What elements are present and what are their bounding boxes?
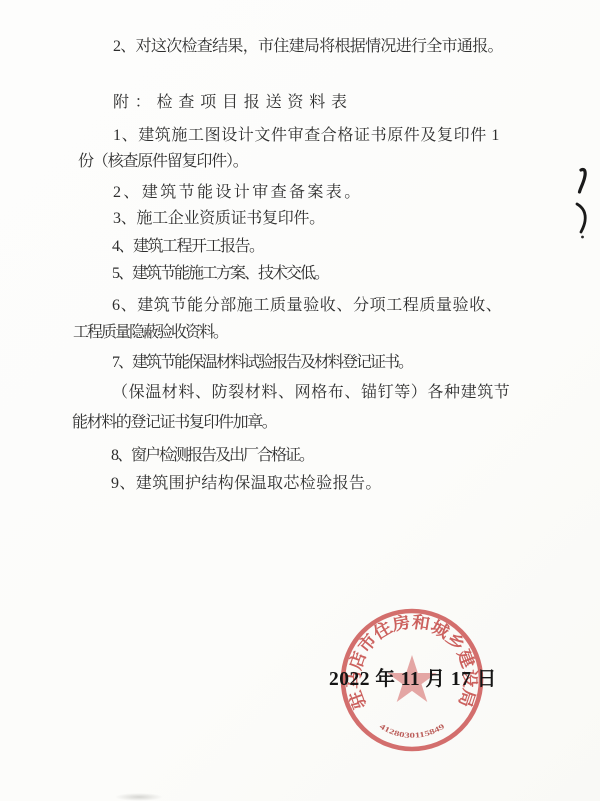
document-line: 工程质量隐蔽验收资料。 — [73, 323, 227, 343]
document-line: 8、窗户检测报告及出厂合格证。 — [111, 446, 313, 466]
document-line: 9、建筑围护结构保温取芯检验报告。 — [111, 474, 382, 494]
ink-mark — [580, 169, 586, 192]
document-line: 3、施工企业资质证书复印件。 — [113, 209, 325, 229]
document-line: 能材料的登记证书复印件加章。 — [72, 413, 276, 433]
document-line: 4、建筑工程开工报告。 — [112, 237, 264, 257]
ink-dot — [581, 236, 584, 239]
document-line: 1、建筑施工图设计文件审查合格证书原件及复印件 1 — [113, 126, 500, 146]
document-date: 2022 年 11 月 17 日 — [329, 663, 497, 691]
document-line: （保温材料、防裂材料、网格布、锚钉等）各种建筑节 — [112, 383, 510, 403]
document-line: 7、建筑节能保温材料试验报告及材料登记证书。 — [112, 353, 412, 373]
document-line: 份（核查原件留复印件）。 — [78, 152, 248, 172]
ink-mark — [577, 204, 585, 232]
document-line: 附：检查项目报送资料表 — [113, 93, 353, 113]
document-line: 2、对这次检查结果，市住建局将根据情况进行全市通报。 — [113, 37, 503, 57]
seal-serial-number: 4128030115849 — [378, 721, 446, 739]
document-line: 2、建筑节能设计审查备案表。 — [113, 183, 363, 203]
scanned-document-page: 2、对这次检查结果，市住建局将根据情况进行全市通报。 附：检查项目报送资料表 1… — [0, 0, 600, 801]
ink-mark-artifacts — [570, 166, 598, 244]
scan-smudge — [115, 793, 163, 801]
document-line: 6、建筑节能分部施工质量验收、分项工程质量验收、 — [112, 296, 502, 316]
document-line: 5、建筑节能施工方案、技术交低。 — [112, 264, 328, 284]
